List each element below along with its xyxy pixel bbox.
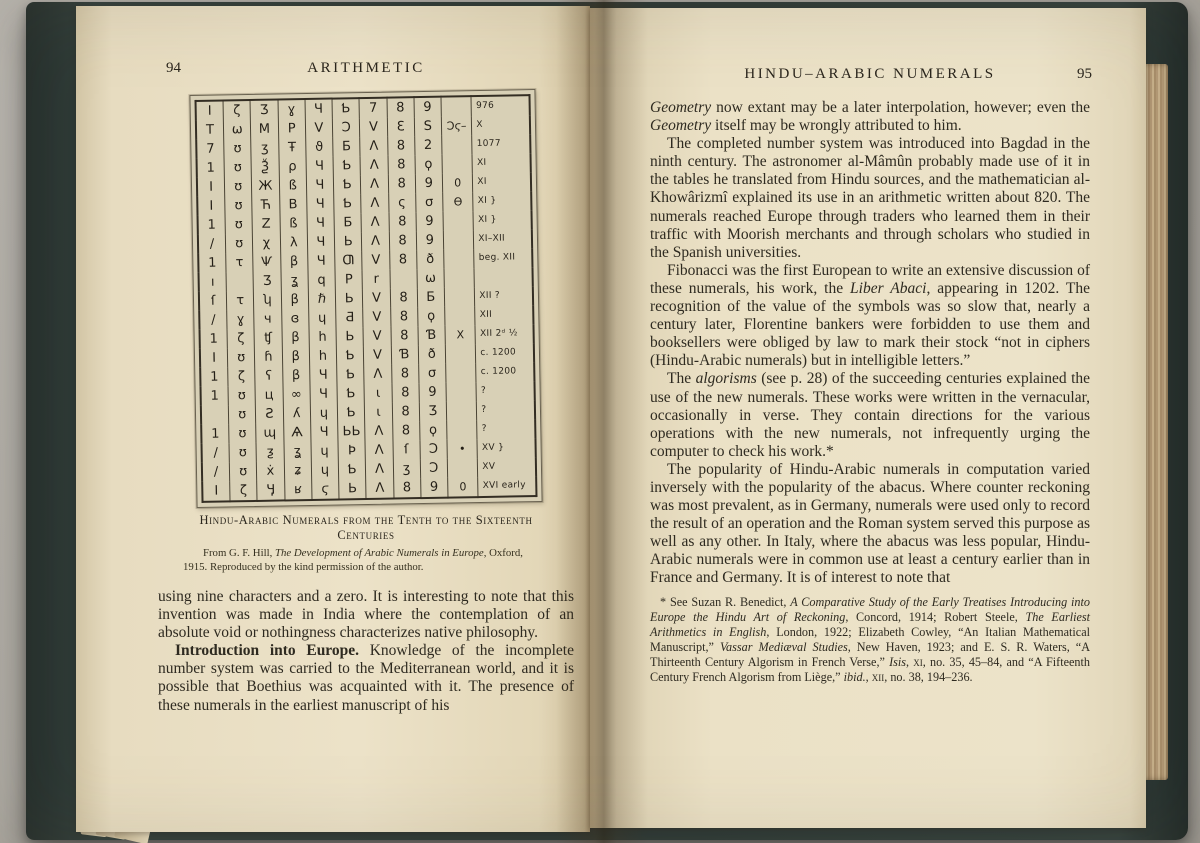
numeral-cell: β bbox=[282, 366, 310, 385]
numeral-cell: 8 bbox=[388, 174, 415, 193]
numeral-cell: Λ bbox=[361, 213, 388, 232]
numeral-cell: Λ bbox=[362, 232, 389, 251]
numeral-cell: ʁ bbox=[284, 480, 312, 500]
numeral-cell bbox=[444, 287, 475, 307]
century-cell: XV } bbox=[477, 438, 535, 458]
numeral-cell: χ bbox=[253, 233, 281, 252]
numeral-cell: Ч bbox=[310, 385, 337, 404]
numeral-cell: Ӌ bbox=[257, 480, 285, 500]
numeral-cell: 1 bbox=[201, 386, 229, 405]
numeral-cell: Ь bbox=[335, 289, 363, 308]
numeral-cell: Λ bbox=[360, 156, 387, 175]
numeral-cell: ц bbox=[255, 385, 283, 404]
numeral-cell: I bbox=[197, 196, 225, 215]
numeral-cell: Ɓ bbox=[391, 345, 418, 364]
numeral-cell: ζ bbox=[230, 481, 258, 501]
numeral-cell bbox=[443, 211, 474, 231]
right-page: HINDU–ARABIC NUMERALS 95 Geometry now ex… bbox=[590, 8, 1146, 828]
figure-credit: From G. F. Hill, The Development of Arab… bbox=[183, 547, 549, 574]
numeral-cell: Ж bbox=[252, 177, 280, 196]
numeral-cell: V bbox=[362, 251, 389, 270]
numeral-cell: ϙ bbox=[415, 155, 443, 174]
numeral-cell: Ч bbox=[307, 195, 334, 214]
numeral-cell: 1 bbox=[197, 158, 225, 177]
left-page: 94 ARITHMETIC IζƷɣЧƄ789976TωMPVƆVƐSƆϛ–X7… bbox=[76, 6, 590, 832]
numeral-cell: Ƣ bbox=[335, 251, 363, 270]
fore-edge-page-block bbox=[1144, 64, 1168, 780]
numeral-cell: ẋ bbox=[257, 461, 285, 480]
numeral-cell: Ƅ bbox=[333, 175, 361, 194]
numeral-cell: ʊ bbox=[225, 215, 253, 234]
century-cell: c. 1200 bbox=[476, 362, 534, 382]
numeral-cell: Ɔ bbox=[332, 118, 360, 137]
numeral-cell: 1 bbox=[201, 424, 229, 443]
numeral-cell: ϛ bbox=[312, 480, 339, 500]
right-page-content: HINDU–ARABIC NUMERALS 95 Geometry now ex… bbox=[650, 66, 1090, 697]
century-cell: XI } bbox=[473, 210, 531, 230]
numeral-cell: ʑ bbox=[284, 461, 312, 480]
numeral-cell: ∞ bbox=[283, 385, 311, 404]
right-running-head-row: HINDU–ARABIC NUMERALS 95 bbox=[650, 66, 1090, 86]
numeral-cell: Ɛ bbox=[387, 117, 414, 136]
numeral-cell: 2 bbox=[414, 136, 442, 155]
numeral-cell: V bbox=[363, 289, 390, 308]
numeral-cell: Ƌ bbox=[336, 308, 364, 327]
numeral-cell: Ѳ bbox=[443, 192, 474, 212]
century-cell: c. 1200 bbox=[476, 343, 534, 363]
numeral-cell: β bbox=[282, 328, 310, 347]
numeral-cell: X bbox=[445, 325, 476, 345]
numeral-cell: ϙ bbox=[419, 421, 447, 440]
numeral-cell: 0 bbox=[448, 477, 479, 498]
figure-caption-line1: Hindu-Arabic Numerals from the Tenth to … bbox=[158, 513, 574, 528]
numeral-cell: 8 bbox=[391, 326, 418, 345]
numeral-cell: ζ bbox=[223, 100, 251, 120]
numeral-cell: ɩ bbox=[364, 384, 391, 403]
running-head-right: HINDU–ARABIC NUMERALS bbox=[744, 66, 995, 82]
numeral-cell: Ь bbox=[339, 479, 367, 499]
numeral-cell: Λ bbox=[361, 175, 388, 194]
numeral-cell: 9 bbox=[415, 174, 443, 193]
numeral-cell: Ч bbox=[306, 176, 333, 195]
numeral-cell bbox=[442, 135, 473, 155]
numeral-cell: 8 bbox=[391, 364, 418, 383]
numeral-cell: ω bbox=[223, 120, 251, 139]
numeral-cell: ʧ bbox=[254, 328, 282, 347]
numeral-cell: λ bbox=[280, 233, 308, 252]
numeral-cell: V bbox=[363, 308, 390, 327]
century-cell: ? bbox=[477, 419, 535, 439]
numeral-cell: M bbox=[251, 120, 279, 139]
numeral-cell: 9 bbox=[416, 212, 444, 231]
numeral-cell: ʊ bbox=[225, 234, 253, 253]
numeral-cell: 8 bbox=[390, 288, 417, 307]
numeral-cell: 7 bbox=[196, 139, 224, 158]
numeral-cell: ʓ bbox=[284, 442, 312, 461]
century-cell: 976 bbox=[471, 95, 529, 116]
numeral-cell: 9 bbox=[419, 383, 447, 402]
numeral-cell: 8 bbox=[393, 478, 420, 498]
numeral-cell: ɰ bbox=[256, 423, 284, 442]
numeral-cell: ʒ bbox=[393, 459, 420, 478]
numeral-cell: B bbox=[279, 195, 307, 214]
numeral-cell: / bbox=[202, 443, 230, 462]
numeral-cell: ʊ bbox=[229, 424, 257, 443]
numeral-cell: Ӡ bbox=[253, 271, 281, 290]
numeral-cell: ʊ bbox=[229, 462, 257, 481]
numeral-cell: Λ bbox=[364, 365, 391, 384]
numeral-cell: ß bbox=[280, 214, 308, 233]
numeral-cell bbox=[446, 382, 477, 402]
book-photo: { "colors":{ "background":"#b3b0a9", "co… bbox=[0, 0, 1200, 843]
numeral-cell: ɩ bbox=[365, 403, 392, 422]
numeral-cell: ı bbox=[199, 272, 227, 291]
numeral-cell: ɥ bbox=[311, 461, 338, 480]
numeral-cell: 1 bbox=[198, 215, 226, 234]
numeral-cell: Λ bbox=[365, 441, 392, 460]
century-cell: XI bbox=[473, 172, 531, 192]
paragraph: The algorisms (see p. 28) of the succeed… bbox=[650, 370, 1090, 460]
numeral-cell: Ɓ bbox=[418, 326, 446, 345]
right-body-text: Geometry now extant may be a later inter… bbox=[650, 99, 1090, 685]
numeral-cell: I bbox=[200, 348, 228, 367]
numeral-cell: Ƅ bbox=[332, 98, 360, 118]
numeral-cell: Ŧ bbox=[278, 138, 306, 157]
numeral-cell: r bbox=[362, 270, 389, 289]
numeral-cell: ɥ bbox=[309, 309, 336, 328]
numeral-cell: Ƅ bbox=[336, 346, 364, 365]
numeral-cell: ς bbox=[388, 193, 415, 212]
numeral-cell: β bbox=[281, 290, 309, 309]
numeral-cell: h bbox=[309, 347, 336, 366]
numeral-cell: Ƅ bbox=[337, 365, 365, 384]
century-cell: XI–XII bbox=[474, 229, 532, 249]
numeral-cell bbox=[390, 269, 417, 288]
numeral-cell: ɦ bbox=[255, 347, 283, 366]
numeral-cell: Ѧ bbox=[283, 423, 311, 442]
numeral-cell: Ʒ bbox=[250, 100, 278, 120]
numeral-cell: Λ bbox=[360, 137, 387, 156]
numeral-cell: 8 bbox=[387, 97, 414, 117]
numeral-cell bbox=[442, 154, 473, 174]
numeral-cell: ʊ bbox=[228, 405, 256, 424]
numeral-cell: S bbox=[414, 117, 442, 136]
century-cell: XI bbox=[472, 153, 530, 173]
numeral-cell: / bbox=[199, 310, 227, 329]
numeral-cell: Ƅ bbox=[333, 156, 361, 175]
numeral-cell: 0 bbox=[442, 173, 473, 193]
numeral-cell: β bbox=[280, 252, 308, 271]
numeral-cell: τ bbox=[226, 253, 254, 272]
numeral-cell: τ bbox=[226, 291, 254, 310]
paragraph: Geometry now extant may be a later inter… bbox=[650, 99, 1090, 135]
numeral-cell: ʊ bbox=[224, 158, 252, 177]
numeral-cell bbox=[226, 272, 254, 291]
paragraph: Introduction into Europe. Knowledge of t… bbox=[158, 642, 574, 714]
century-cell bbox=[474, 267, 532, 287]
numeral-cell: 8 bbox=[388, 155, 415, 174]
paragraph: using nine characters and a zero. It is … bbox=[158, 588, 574, 642]
numeral-cell: P bbox=[335, 270, 363, 289]
numeral-cell: ϙ bbox=[417, 307, 445, 326]
numeral-cell: Ч bbox=[311, 423, 338, 442]
numeral-cell bbox=[447, 458, 478, 478]
numeral-cell: σ bbox=[415, 193, 443, 212]
numeral-cell bbox=[443, 230, 474, 250]
numeral-cell: 8 bbox=[389, 231, 416, 250]
numeral-cell: Ч bbox=[307, 233, 334, 252]
numeral-cell: 9 bbox=[420, 478, 448, 498]
numeral-cell: Ѱ bbox=[253, 252, 281, 271]
numeral-cell: Λ bbox=[365, 422, 392, 441]
century-cell: beg. XII bbox=[474, 248, 532, 268]
numeral-cell bbox=[444, 268, 475, 288]
page-number-left: 94 bbox=[166, 60, 181, 77]
numeral-cell bbox=[446, 401, 477, 421]
numeral-cell bbox=[447, 420, 478, 440]
numeral-cell bbox=[201, 405, 229, 424]
numeral-cell: h bbox=[309, 328, 336, 347]
numeral-cell: Ћ bbox=[252, 195, 280, 214]
numeral-cell: 8 bbox=[392, 421, 419, 440]
numeral-cell: 1 bbox=[200, 329, 228, 348]
numeral-cell: Ɔ bbox=[420, 440, 448, 459]
numeral-cell: 8 bbox=[390, 307, 417, 326]
numeral-cell: Ƅ bbox=[334, 194, 362, 213]
century-cell: XV bbox=[478, 457, 536, 477]
numeral-cell: ω bbox=[417, 269, 445, 288]
numeral-cell: Λ bbox=[366, 460, 393, 479]
numeral-cell: ß bbox=[279, 176, 307, 195]
numeral-cell: ſ bbox=[393, 440, 420, 459]
numeral-cell: I bbox=[202, 481, 230, 501]
numeral-cell: Ч bbox=[307, 214, 334, 233]
numeral-cell: Ƃ bbox=[417, 288, 445, 307]
numeral-cell bbox=[446, 363, 477, 383]
numeral-cell: q bbox=[308, 271, 335, 290]
numeral-cell: ʊ bbox=[228, 386, 256, 405]
numeral-cell: β bbox=[282, 347, 310, 366]
numeral-cell: ð bbox=[418, 345, 446, 364]
paragraph: Fibonacci was the first European to writ… bbox=[650, 262, 1090, 371]
left-running-head-row: 94 ARITHMETIC bbox=[158, 60, 574, 80]
century-cell: X bbox=[472, 115, 530, 135]
numeral-cell: 8 bbox=[392, 383, 419, 402]
numeral-cell: Ɔϛ– bbox=[441, 116, 472, 136]
century-cell: XII bbox=[475, 305, 533, 325]
numeral-cell bbox=[441, 96, 472, 117]
numeral-cell: Ѯ bbox=[251, 158, 279, 177]
numeral-cell: ɥ bbox=[310, 404, 337, 423]
left-page-content: 94 ARITHMETIC IζƷɣЧƄ789976TωMPVƆVƐSƆϛ–X7… bbox=[158, 60, 574, 715]
numeral-cell: ЬЬ bbox=[338, 422, 366, 441]
numeral-cell: ʮ bbox=[254, 290, 282, 309]
numeral-cell: / bbox=[198, 234, 226, 253]
numeral-cell: Ƃ bbox=[334, 213, 362, 232]
numeral-cell: 1 bbox=[200, 367, 228, 386]
numeral-cell: ρ bbox=[279, 157, 307, 176]
numeral-cell: Ƅ bbox=[338, 460, 366, 479]
numeral-cell: ð bbox=[416, 250, 444, 269]
century-cell: XI } bbox=[473, 191, 531, 211]
numeral-cell: Ɔ bbox=[420, 459, 448, 478]
numerals-table: IζƷɣЧƄ789976TωMPVƆVƐSƆϛ–X7ʊӡŦϑƂΛ8210771ʊ… bbox=[195, 94, 538, 503]
numeral-cell: Þ bbox=[338, 441, 366, 460]
numeral-cell: 9 bbox=[416, 231, 444, 250]
numeral-cell: 8 bbox=[392, 402, 419, 421]
numeral-cell: 8 bbox=[389, 250, 416, 269]
numeral-cell: Ч bbox=[310, 366, 337, 385]
numeral-cell: Ƨ bbox=[256, 404, 284, 423]
numeral-cell bbox=[445, 344, 476, 364]
numeral-cell: ʊ bbox=[224, 177, 252, 196]
numeral-cell: ч bbox=[254, 309, 282, 328]
numeral-cell: ɣ bbox=[227, 310, 255, 329]
numeral-cell: V bbox=[305, 119, 332, 138]
paragraph: The popularity of Hindu-Arabic numerals … bbox=[650, 461, 1090, 588]
numeral-cell bbox=[444, 249, 475, 269]
numeral-cell: V bbox=[360, 118, 387, 137]
numeral-cell: ſ bbox=[199, 291, 227, 310]
numeral-cell: Z bbox=[252, 214, 280, 233]
numeral-cell: ʕ bbox=[255, 366, 283, 385]
numeral-cell: Ч bbox=[308, 252, 335, 271]
numeral-cell: Ƅ bbox=[337, 384, 365, 403]
numeral-cell: ƺ bbox=[256, 442, 284, 461]
paragraph: The completed number system was introduc… bbox=[650, 135, 1090, 262]
numeral-cell: Ƅ bbox=[337, 403, 365, 422]
numeral-cell: T bbox=[196, 120, 224, 139]
century-cell: 1077 bbox=[472, 134, 530, 154]
century-cell: XII 2ᵈ ½ bbox=[475, 324, 533, 344]
numeral-cell: I bbox=[197, 177, 225, 196]
numeral-cell: ʊ bbox=[225, 196, 253, 215]
numeral-cell: ɣ bbox=[278, 99, 306, 119]
numeral-cell: σ bbox=[418, 364, 446, 383]
numeral-cell: V bbox=[363, 327, 390, 346]
numeral-cell: P bbox=[278, 119, 306, 138]
numeral-cell: ϑ bbox=[306, 138, 333, 157]
numeral-cell: ɥ bbox=[311, 442, 338, 461]
numeral-cell: ӡ bbox=[251, 139, 279, 158]
running-head-left: ARITHMETIC bbox=[307, 60, 425, 76]
numeral-cell: ζ bbox=[227, 329, 255, 348]
numeral-cell: ʊ bbox=[227, 348, 255, 367]
numeral-cell: Λ bbox=[361, 194, 388, 213]
numeral-cell: Ь bbox=[336, 327, 364, 346]
numeral-cell: Ч bbox=[306, 157, 333, 176]
numeral-cell: 9 bbox=[414, 97, 442, 117]
numeral-cell: ζ bbox=[228, 367, 256, 386]
numeral-cell: ʓ bbox=[281, 271, 309, 290]
numeral-cell: ʎ bbox=[283, 404, 311, 423]
numeral-cell: ʊ bbox=[224, 139, 252, 158]
footnote: * See Suzan R. Benedict, A Comparative S… bbox=[650, 595, 1090, 685]
century-cell: XII ? bbox=[475, 286, 533, 306]
numeral-cell: V bbox=[364, 346, 391, 365]
numeral-cell: I bbox=[196, 100, 224, 120]
numeral-cell: ɞ bbox=[281, 309, 309, 328]
page-number-right: 95 bbox=[1077, 66, 1092, 83]
figure-caption-line2: Centuries bbox=[158, 528, 574, 543]
numeral-cell bbox=[445, 306, 476, 326]
left-body-text: using nine characters and a zero. It is … bbox=[158, 588, 574, 715]
numeral-cell: • bbox=[447, 439, 478, 459]
numeral-cell: Λ bbox=[366, 479, 393, 499]
numeral-cell: Ʒ bbox=[419, 402, 447, 421]
figure-plate: IζƷɣЧƄ789976TωMPVƆVƐSƆϛ–X7ʊӡŦϑƂΛ8210771ʊ… bbox=[189, 89, 542, 508]
century-cell: XVI early bbox=[478, 476, 536, 497]
century-cell: ? bbox=[476, 381, 534, 401]
numeral-cell: Ƃ bbox=[333, 137, 361, 156]
numeral-cell: Ч bbox=[305, 99, 332, 119]
numeral-cell: ʊ bbox=[229, 443, 257, 462]
numeral-cell: 8 bbox=[387, 136, 414, 155]
numeral-cell: 8 bbox=[389, 212, 416, 231]
numeral-cell: 7 bbox=[359, 98, 386, 118]
numeral-cell: 1 bbox=[198, 253, 226, 272]
numeral-cell: ℏ bbox=[308, 290, 335, 309]
century-cell: ? bbox=[477, 400, 535, 420]
numeral-cell: Ь bbox=[334, 232, 362, 251]
numeral-cell: / bbox=[202, 462, 230, 481]
figure-caption: Hindu-Arabic Numerals from the Tenth to … bbox=[158, 513, 574, 543]
